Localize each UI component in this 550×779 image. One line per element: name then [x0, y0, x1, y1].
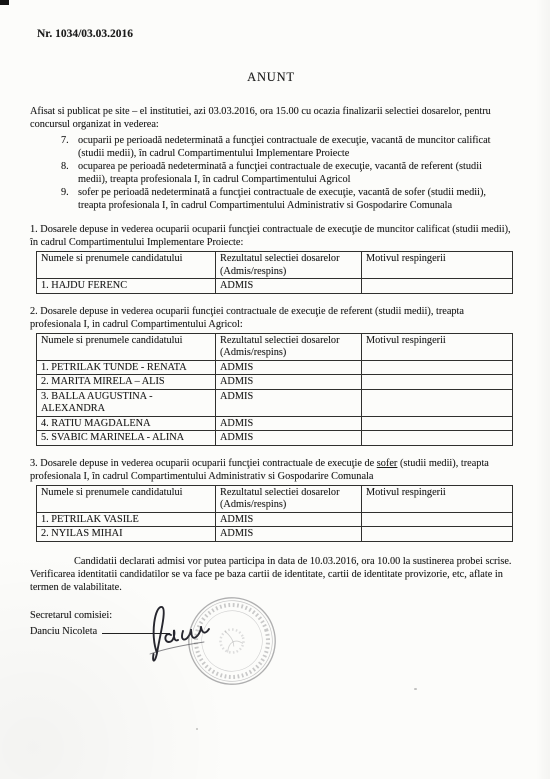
selection-result: ADMIS [216, 512, 362, 527]
selection-result: ADMIS [216, 527, 362, 542]
list-item-number: 9. [61, 186, 78, 212]
col-header-reason: Motivul respingerii [362, 252, 513, 279]
candidate-name: 5. SVABIC MARINELA - ALINA [37, 431, 216, 446]
col-header-name: Numele si prenumele candidatului [37, 485, 216, 512]
intro-paragraph: Afisat si publicat pe site – el institut… [30, 105, 512, 131]
col-header-result: Rezultatul selectiei dosarelor (Admis/re… [216, 252, 362, 279]
col-header-reason: Motivul respingerii [362, 485, 513, 512]
rejection-reason [362, 360, 513, 375]
rejection-reason [362, 389, 513, 416]
list-item-number: 7. [61, 134, 78, 160]
selection-result: ADMIS [216, 389, 362, 416]
table-row: 5. SVABIC MARINELA - ALINA ADMIS [37, 431, 513, 446]
scan-speck [196, 728, 198, 730]
rejection-reason [362, 512, 513, 527]
document-content: Nr. 1034/03.03.2016 ANUNT Afisat si publ… [0, 28, 550, 639]
signatory-name-row: Danciu Nicoleta [30, 623, 512, 639]
candidates-table-1: Numele si prenumele candidatului Rezulta… [36, 251, 513, 294]
list-item-7: 7. ocuparii pe perioadă nedeterminată a … [30, 134, 512, 160]
table-row: 3. BALLA AUGUSTINA - ALEXANDRA ADMIS [37, 389, 513, 416]
selection-result: ADMIS [216, 416, 362, 431]
col-header-reason: Motivul respingerii [362, 333, 513, 360]
selection-result: ADMIS [216, 360, 362, 375]
heading-text: 3. Dosarele depuse in vederea ocuparii o… [30, 458, 377, 469]
list-item-text: sofer pe perioadă nedeterminată a funcţi… [78, 186, 512, 212]
document-title: ANUNT [30, 70, 512, 84]
table-row: 1. PETRILAK TUNDE - RENATA ADMIS [37, 360, 513, 375]
table-row: 4. RATIU MAGDALENA ADMIS [37, 416, 513, 431]
signatory-name: Danciu Nicoleta [30, 626, 97, 637]
candidate-name: 2. MARITA MIRELA – ALIS [37, 375, 216, 390]
candidate-name: 3. BALLA AUGUSTINA - ALEXANDRA [37, 389, 216, 416]
col-header-result: Rezultatul selectiei dosarelor (Admis/re… [216, 485, 362, 512]
section-3-heading: 3. Dosarele depuse in vederea ocuparii o… [30, 457, 512, 483]
candidate-name: 1. PETRILAK VASILE [37, 512, 216, 527]
table-row: 2. MARITA MIRELA – ALIS ADMIS [37, 375, 513, 390]
candidate-name: 2. NYILAS MIHAI [37, 527, 216, 542]
list-item-text: ocuparea pe perioadă nedeterminată a fun… [78, 160, 512, 186]
table-header-row: Numele si prenumele candidatului Rezulta… [37, 252, 513, 279]
section-1-heading: 1. Dosarele depuse in vederea ocuparii o… [30, 223, 512, 249]
candidates-table-3: Numele si prenumele candidatului Rezulta… [36, 485, 513, 542]
heading-underlined-word: sofer [377, 458, 398, 469]
scan-speck [414, 688, 417, 690]
table-header-row: Numele si prenumele candidatului Rezulta… [37, 485, 513, 512]
candidates-table-2: Numele si prenumele candidatului Rezulta… [36, 333, 513, 446]
selection-result: ADMIS [216, 375, 362, 390]
rejection-reason [362, 279, 513, 294]
selection-result: ADMIS [216, 279, 362, 294]
table-row: 2. NYILAS MIHAI ADMIS [37, 527, 513, 542]
list-item-text: ocuparii pe perioadă nedeterminată a fun… [78, 134, 512, 160]
col-header-name: Numele si prenumele candidatului [37, 333, 216, 360]
document-number: Nr. 1034/03.03.2016 [37, 28, 512, 41]
table-row: 1. PETRILAK VASILE ADMIS [37, 512, 513, 527]
scan-corner-artifact [0, 0, 9, 5]
signature-block: Secretarul comisiei: Danciu Nicoleta [30, 609, 512, 639]
closing-paragraph: Candidatii declarati admisi vor putea pa… [30, 555, 512, 595]
section-2-heading: 2. Dosarele depuse in vederea ocuparii f… [30, 305, 512, 331]
selection-result: ADMIS [216, 431, 362, 446]
round-stamp-icon [184, 593, 280, 689]
list-item-9: 9. sofer pe perioadă nedeterminată a fun… [30, 186, 512, 212]
rejection-reason [362, 375, 513, 390]
candidate-name: 1. HAJDU FERENC [37, 279, 216, 294]
numbered-list: 7. ocuparii pe perioadă nedeterminată a … [30, 134, 512, 212]
table-header-row: Numele si prenumele candidatului Rezulta… [37, 333, 513, 360]
table-row: 1. HAJDU FERENC ADMIS [37, 279, 513, 294]
signatory-role: Secretarul comisiei: [30, 609, 512, 623]
signature-line [102, 623, 170, 634]
list-item-8: 8. ocuparea pe perioadă nedeterminată a … [30, 160, 512, 186]
rejection-reason [362, 431, 513, 446]
rejection-reason [362, 527, 513, 542]
col-header-result: Rezultatul selectiei dosarelor (Admis/re… [216, 333, 362, 360]
rejection-reason [362, 416, 513, 431]
scanned-document-page: Nr. 1034/03.03.2016 ANUNT Afisat si publ… [0, 0, 550, 779]
col-header-name: Numele si prenumele candidatului [37, 252, 216, 279]
list-item-number: 8. [61, 160, 78, 186]
candidate-name: 4. RATIU MAGDALENA [37, 416, 216, 431]
candidate-name: 1. PETRILAK TUNDE - RENATA [37, 360, 216, 375]
